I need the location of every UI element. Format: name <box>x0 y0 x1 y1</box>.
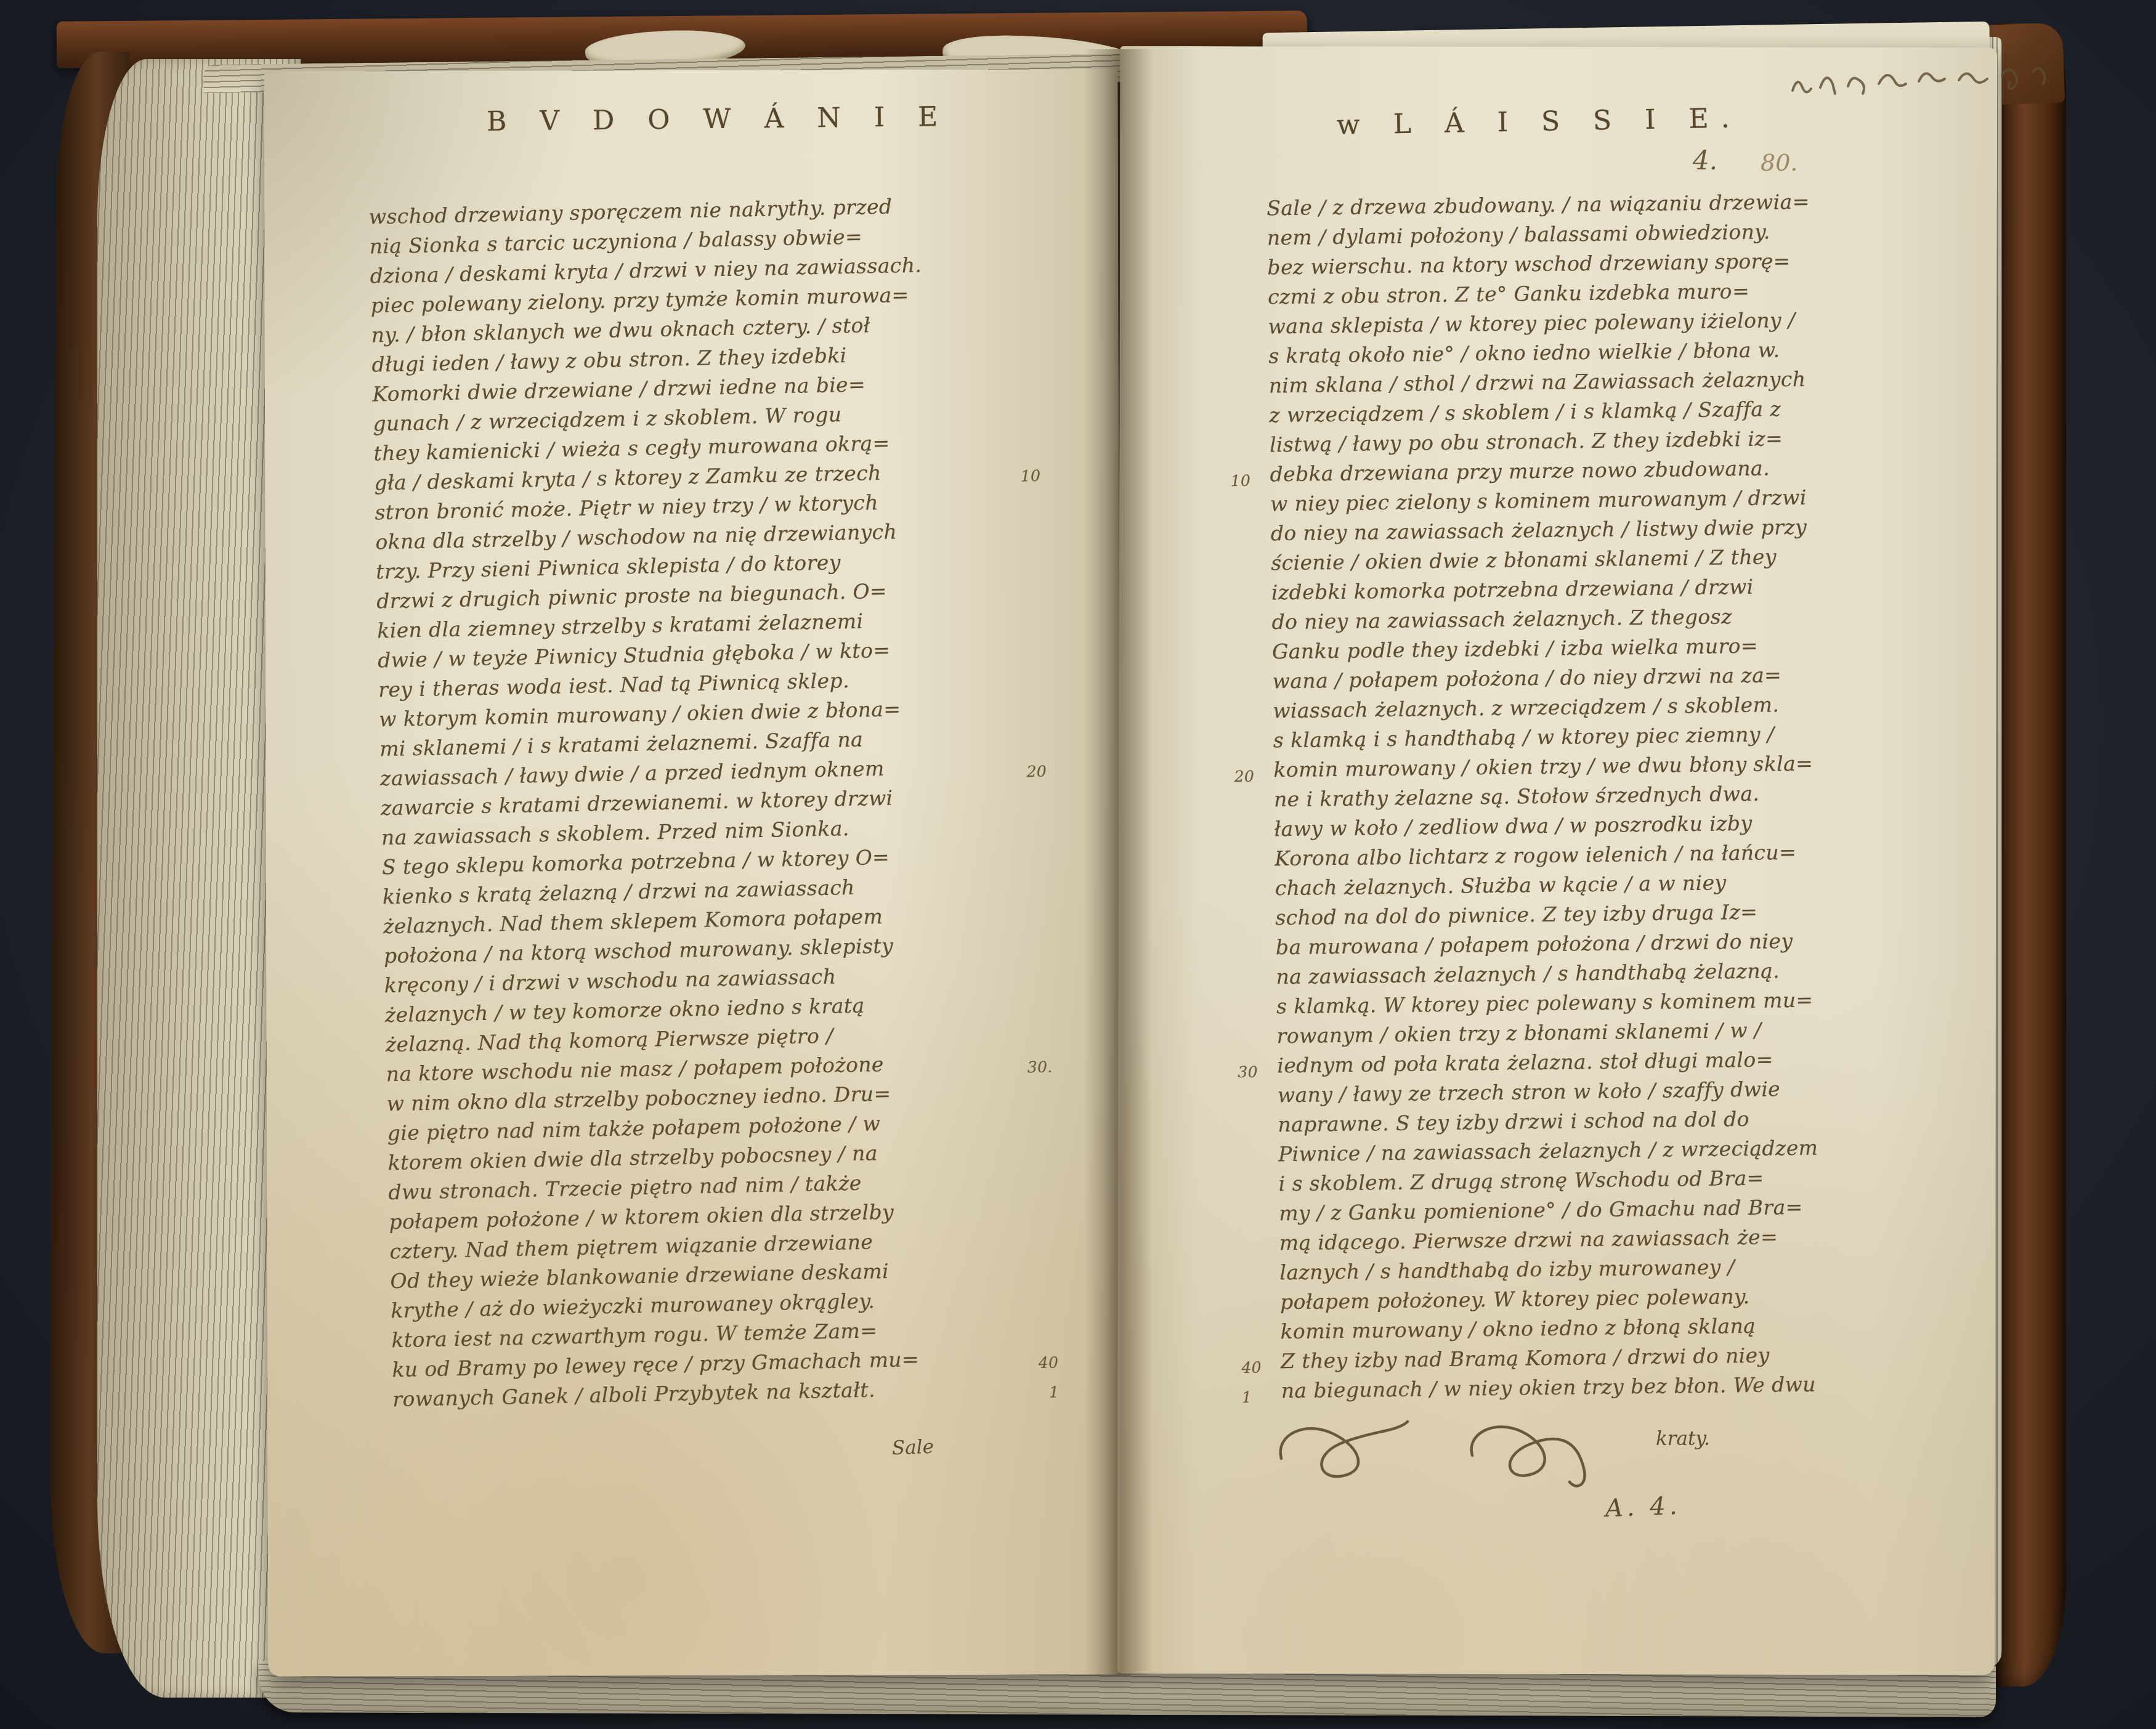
quire-signature: A. 4. <box>1605 1492 1681 1523</box>
margin-line-number: 40 <box>1241 1353 1262 1383</box>
margin-line-number: 20 <box>1026 757 1047 787</box>
left-catchword: Sale <box>891 1436 934 1459</box>
left-page-text: wschod drzewiany sporęczem nie nakrythy.… <box>368 190 1027 1414</box>
margin-line-number: 10 <box>1230 466 1250 496</box>
margin-line-number: 1 <box>1242 1383 1252 1412</box>
trimmed-inscription-marks <box>1786 57 2051 106</box>
page-number: 4. <box>1693 145 1717 176</box>
margin-line-number: 20 <box>1234 762 1254 792</box>
margin-line-number: 30 <box>1238 1058 1258 1087</box>
right-cover-leather <box>1995 23 2066 1686</box>
margin-line-number: 30. <box>1027 1053 1053 1083</box>
margin-line-number: 1 <box>1049 1377 1060 1407</box>
left-running-header: B V D O W Á N I E <box>487 101 950 137</box>
margin-line-number: 40 <box>1038 1348 1059 1378</box>
margin-line-number: 10 <box>1020 461 1041 492</box>
pen-flourish <box>1269 1397 1676 1502</box>
folio-number: 80. <box>1761 149 1797 176</box>
right-catchword: kraty. <box>1656 1428 1710 1450</box>
manuscript-photo: B V D O W Á N I E wschod drzewiany sporę… <box>0 0 2156 1729</box>
gutter-shadow <box>1084 49 1152 1675</box>
right-page-text: Sale / z drzewa zbudowany. / na wiązaniu… <box>1266 186 1922 1406</box>
